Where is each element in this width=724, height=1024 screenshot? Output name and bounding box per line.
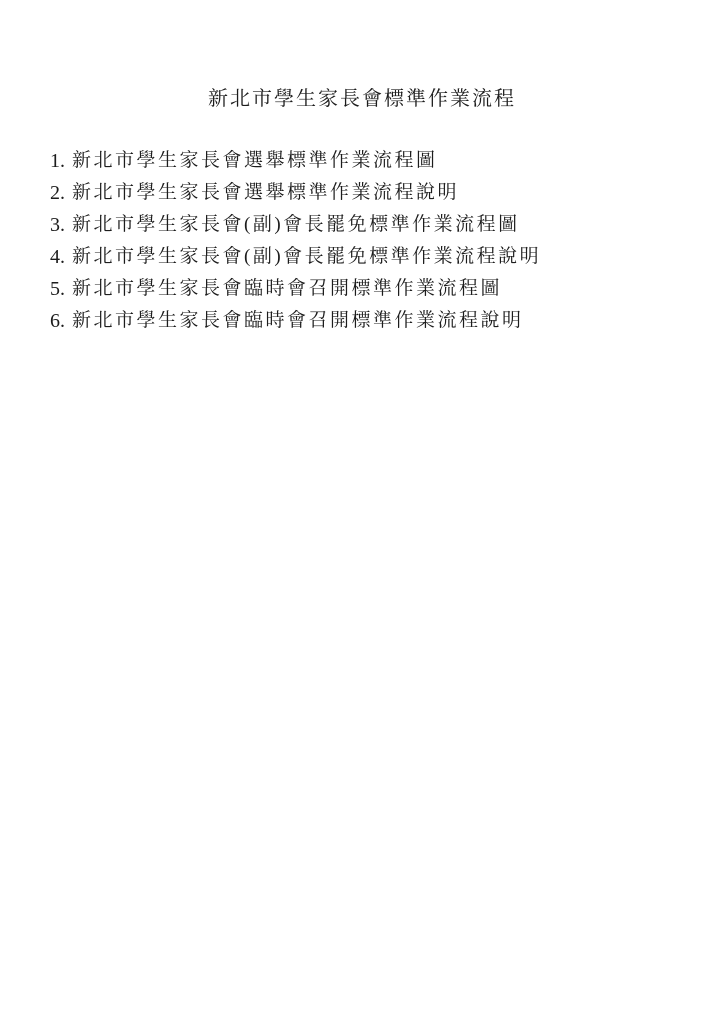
list-item: 2. 新北市學生家長會選舉標準作業流程說明 — [50, 177, 684, 209]
list-item-number: 6. — [50, 305, 72, 337]
list-item-text: 新北市學生家長會臨時會召開標準作業流程說明 — [72, 305, 524, 337]
list-item-text: 新北市學生家長會選舉標準作業流程說明 — [72, 177, 459, 209]
list-item-number: 4. — [50, 241, 72, 273]
list-item-text: 新北市學生家長會選舉標準作業流程圖 — [72, 145, 438, 177]
list-item-number: 3. — [50, 209, 72, 241]
list-item-number: 5. — [50, 273, 72, 305]
list-item: 1. 新北市學生家長會選舉標準作業流程圖 — [50, 145, 684, 177]
list-item: 6. 新北市學生家長會臨時會召開標準作業流程說明 — [50, 305, 684, 337]
list-item-text: 新北市學生家長會(副)會長罷免標準作業流程說明 — [72, 241, 541, 273]
list-item-number: 2. — [50, 177, 72, 209]
list-item: 3. 新北市學生家長會(副)會長罷免標準作業流程圖 — [50, 209, 684, 241]
document-page: 新北市學生家長會標準作業流程 1. 新北市學生家長會選舉標準作業流程圖 2. 新… — [0, 0, 724, 1024]
list-item-text: 新北市學生家長會臨時會召開標準作業流程圖 — [72, 273, 502, 305]
list-item-number: 1. — [50, 145, 72, 177]
list-item-text: 新北市學生家長會(副)會長罷免標準作業流程圖 — [72, 209, 520, 241]
page-title: 新北市學生家長會標準作業流程 — [0, 86, 724, 112]
numbered-list: 1. 新北市學生家長會選舉標準作業流程圖 2. 新北市學生家長會選舉標準作業流程… — [50, 145, 684, 337]
list-item: 5. 新北市學生家長會臨時會召開標準作業流程圖 — [50, 273, 684, 305]
list-item: 4. 新北市學生家長會(副)會長罷免標準作業流程說明 — [50, 241, 684, 273]
